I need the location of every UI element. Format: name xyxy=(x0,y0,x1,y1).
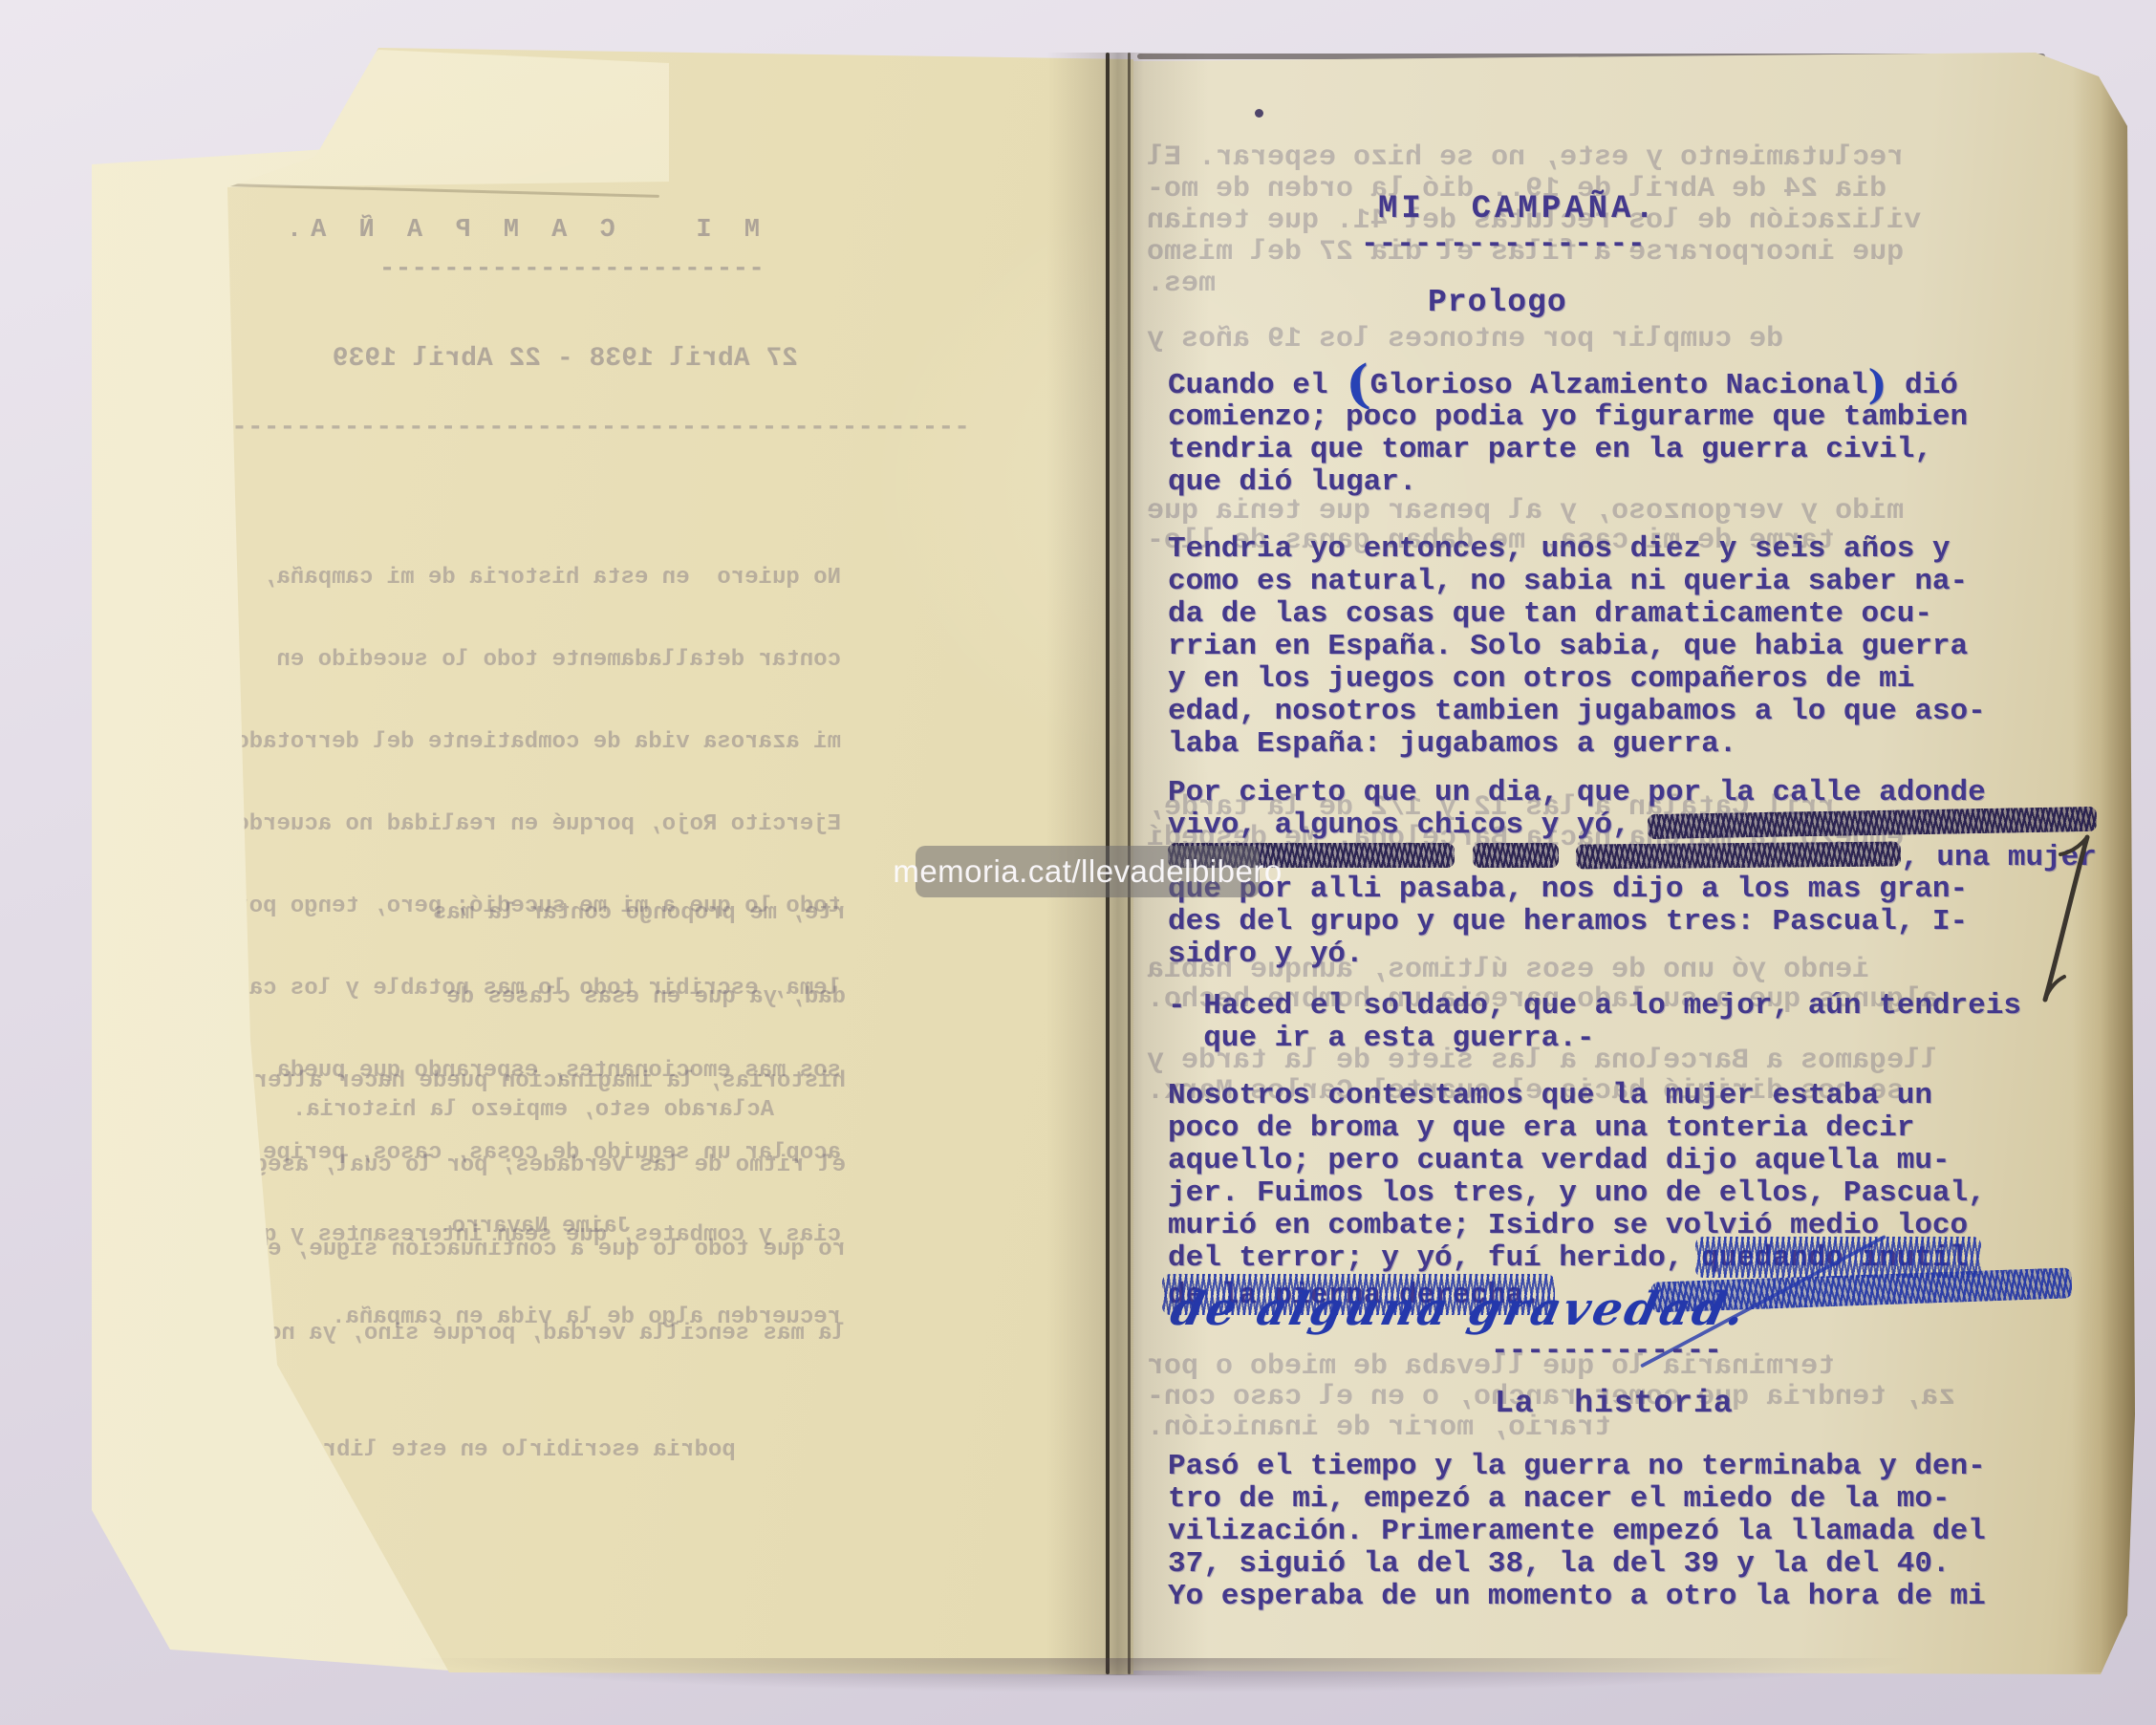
history-heading: La historia xyxy=(1495,1386,1734,1421)
typed-line: - Haced el soldado, que a lo mejor, aún … xyxy=(1168,990,2021,1023)
scribbled-out-text xyxy=(1576,842,1901,870)
paragraph-2: Tendria yo entonces, unos diez y seis añ… xyxy=(1168,533,1986,761)
typed-line: comienzo; poco podia yo figurarme que ta… xyxy=(1168,401,1968,434)
typed-line: , una mujer xyxy=(1168,841,2097,874)
typed-line: edad, nosotros tambien jugabamos a lo qu… xyxy=(1168,696,1986,728)
mirrored-line: mi azarosa vida de combatiente del derro… xyxy=(170,727,841,758)
paragraph-3-rest: que por alli pasaba, nos dijo a los mas … xyxy=(1168,873,1968,971)
typed-line: tro de mi, empezó a nacer el miedo de la… xyxy=(1168,1483,1986,1516)
pen-crossed-typed-text: quedando inutil xyxy=(1701,1241,1968,1275)
left-mirrored-closing-line: Aclarado esto, empiezo la historia. xyxy=(177,1097,774,1123)
paragraph-5: Nosotros contestamos que la mujer estaba… xyxy=(1168,1080,2072,1307)
left-mirrored-title: M I C A M P A Ñ A. xyxy=(377,216,760,245)
typed-line: vilización. Primeramente empezó la llama… xyxy=(1168,1516,1986,1548)
page-bottom-shadow xyxy=(229,1658,2102,1701)
mirrored-line: Ejercito Rojo, porqué en realidad no acu… xyxy=(170,809,841,840)
mirrored-line-text: podria escribirlo en este libro xyxy=(295,1437,736,1463)
left-page-crease xyxy=(229,183,659,198)
typed-line: poco de broma y que era una tonteria dec… xyxy=(1168,1112,2072,1145)
paragraph-1: comienzo; poco podia yo figurarme que ta… xyxy=(1168,401,1968,499)
bleed-line: de cumplir por entonces los 19 años y xyxy=(1147,323,2095,356)
left-mirrored-title-underline: ------------------------ xyxy=(382,254,765,284)
typed-line: laba España: jugabamos a guerra. xyxy=(1168,728,1986,761)
typed-line: des del grupo y que heramos tres: Pascua… xyxy=(1168,906,1968,938)
scribbled-out-text xyxy=(1648,807,2097,839)
mirrored-line: el ritmo de las verdades; por lo cual, a… xyxy=(177,1150,846,1182)
typed-line: Cuando el (Glorioso Alzamiento Nacional)… xyxy=(1168,369,1958,402)
bleed-line: mido y vergonzoso, y al pensar que tenia… xyxy=(1147,495,2095,528)
handwritten-correction: de alguna gravedad. xyxy=(1166,1283,1753,1336)
typed-text: del terror; y yó, fuí herido, xyxy=(1168,1241,1701,1275)
left-mirrored-signature: Jaime Navarro. xyxy=(315,1214,631,1240)
mirrored-line: No quiero en esta historia de mi campaña… xyxy=(170,563,841,593)
photo-of-typewritten-memoir: M I C A M P A Ñ A. ---------------------… xyxy=(0,0,2156,1725)
bleed-line: reclutamiento y este, no se hizo esperar… xyxy=(1147,141,2095,174)
typed-line: Pasó el tiempo y la guerra no terminaba … xyxy=(1168,1451,1986,1483)
typed-line: da de las cosas que tan dramaticamente o… xyxy=(1168,598,1986,631)
prologue-heading: Prologo xyxy=(1428,285,1567,320)
bleed-line: mes. xyxy=(1147,268,2095,300)
typed-line: Tendria yo entonces, unos diez y seis añ… xyxy=(1168,533,1986,566)
left-mirrored-separator: ----------------------------------------… xyxy=(167,413,970,442)
mirrored-line: rte, me propongo contar la mas xyxy=(177,897,846,930)
typed-line: que ir a esta guerra.- xyxy=(1168,1023,2021,1055)
handwritten-open-paren: ( xyxy=(1346,383,1370,385)
watermark: memoria.cat/llevadelbibero xyxy=(916,846,1260,897)
typed-line: jer. Fuimos los tres, y uno de ellos, Pa… xyxy=(1168,1177,2072,1210)
typed-line: Nosotros contestamos que la mujer estaba… xyxy=(1168,1080,2072,1112)
typed-line: vivo, algunos chicos y yó, xyxy=(1168,809,2097,842)
typed-line: tendria que tomar parte en la guerra civ… xyxy=(1168,434,1968,466)
typed-line: 37, siguió la del 38, la del 39 y la del… xyxy=(1168,1548,1986,1581)
typed-line: sidro y yó. xyxy=(1168,938,1968,971)
typed-text: dió xyxy=(1886,369,1957,402)
ink-dot xyxy=(1255,109,1263,118)
mirrored-line: contar detalladamente todo lo sucedido e… xyxy=(170,645,841,676)
mirrored-line: historias, la imaginación puede hacer al… xyxy=(177,1066,846,1098)
typed-text: Glorioso Alzamiento Nacional xyxy=(1370,369,1868,402)
left-mirrored-date-range: 27 Abril 1938 - 22 Abril 1939 xyxy=(311,344,798,374)
title-underline: ---------------- xyxy=(1361,227,1646,261)
typed-line: Por cierto que un dia, que por la calle … xyxy=(1168,776,1986,809)
page-title: MI CAMPAÑA. xyxy=(1378,191,1658,227)
typed-line: como es natural, no sabia ni queria sabe… xyxy=(1168,566,1986,598)
paragraph-6: Pasó el tiempo y la guerra no terminaba … xyxy=(1168,1451,1986,1613)
typed-line: rrian en España. Solo sabia, que habia g… xyxy=(1168,631,1986,663)
typed-line: que por alli pasaba, nos dijo a los mas … xyxy=(1168,873,1968,906)
mirrored-line: la mas sencilla verdad, porqué sino, ya … xyxy=(177,1318,846,1350)
typed-line: Yo esperaba de un momento a otro la hora… xyxy=(1168,1581,1986,1613)
dialogue: - Haced el soldado, que a lo mejor, aún … xyxy=(1168,990,2021,1055)
margin-mark xyxy=(2032,826,2106,1007)
scribbled-out-text xyxy=(1473,843,1559,868)
typed-text: vivo, algunos chicos y yó, xyxy=(1168,809,1648,842)
typed-line: del terror; y yó, fuí herido, quedando i… xyxy=(1168,1242,2072,1275)
section-separator: ------------- xyxy=(1491,1334,1722,1368)
typed-line: y en los juegos con otros compañeros de … xyxy=(1168,663,1986,696)
typed-line: que dió lugar. xyxy=(1168,466,1968,499)
typed-line: aquello; pero cuanta verdad dijo aquella… xyxy=(1168,1145,2072,1177)
mirrored-line: dad, ya que en esas clases de xyxy=(177,981,846,1014)
